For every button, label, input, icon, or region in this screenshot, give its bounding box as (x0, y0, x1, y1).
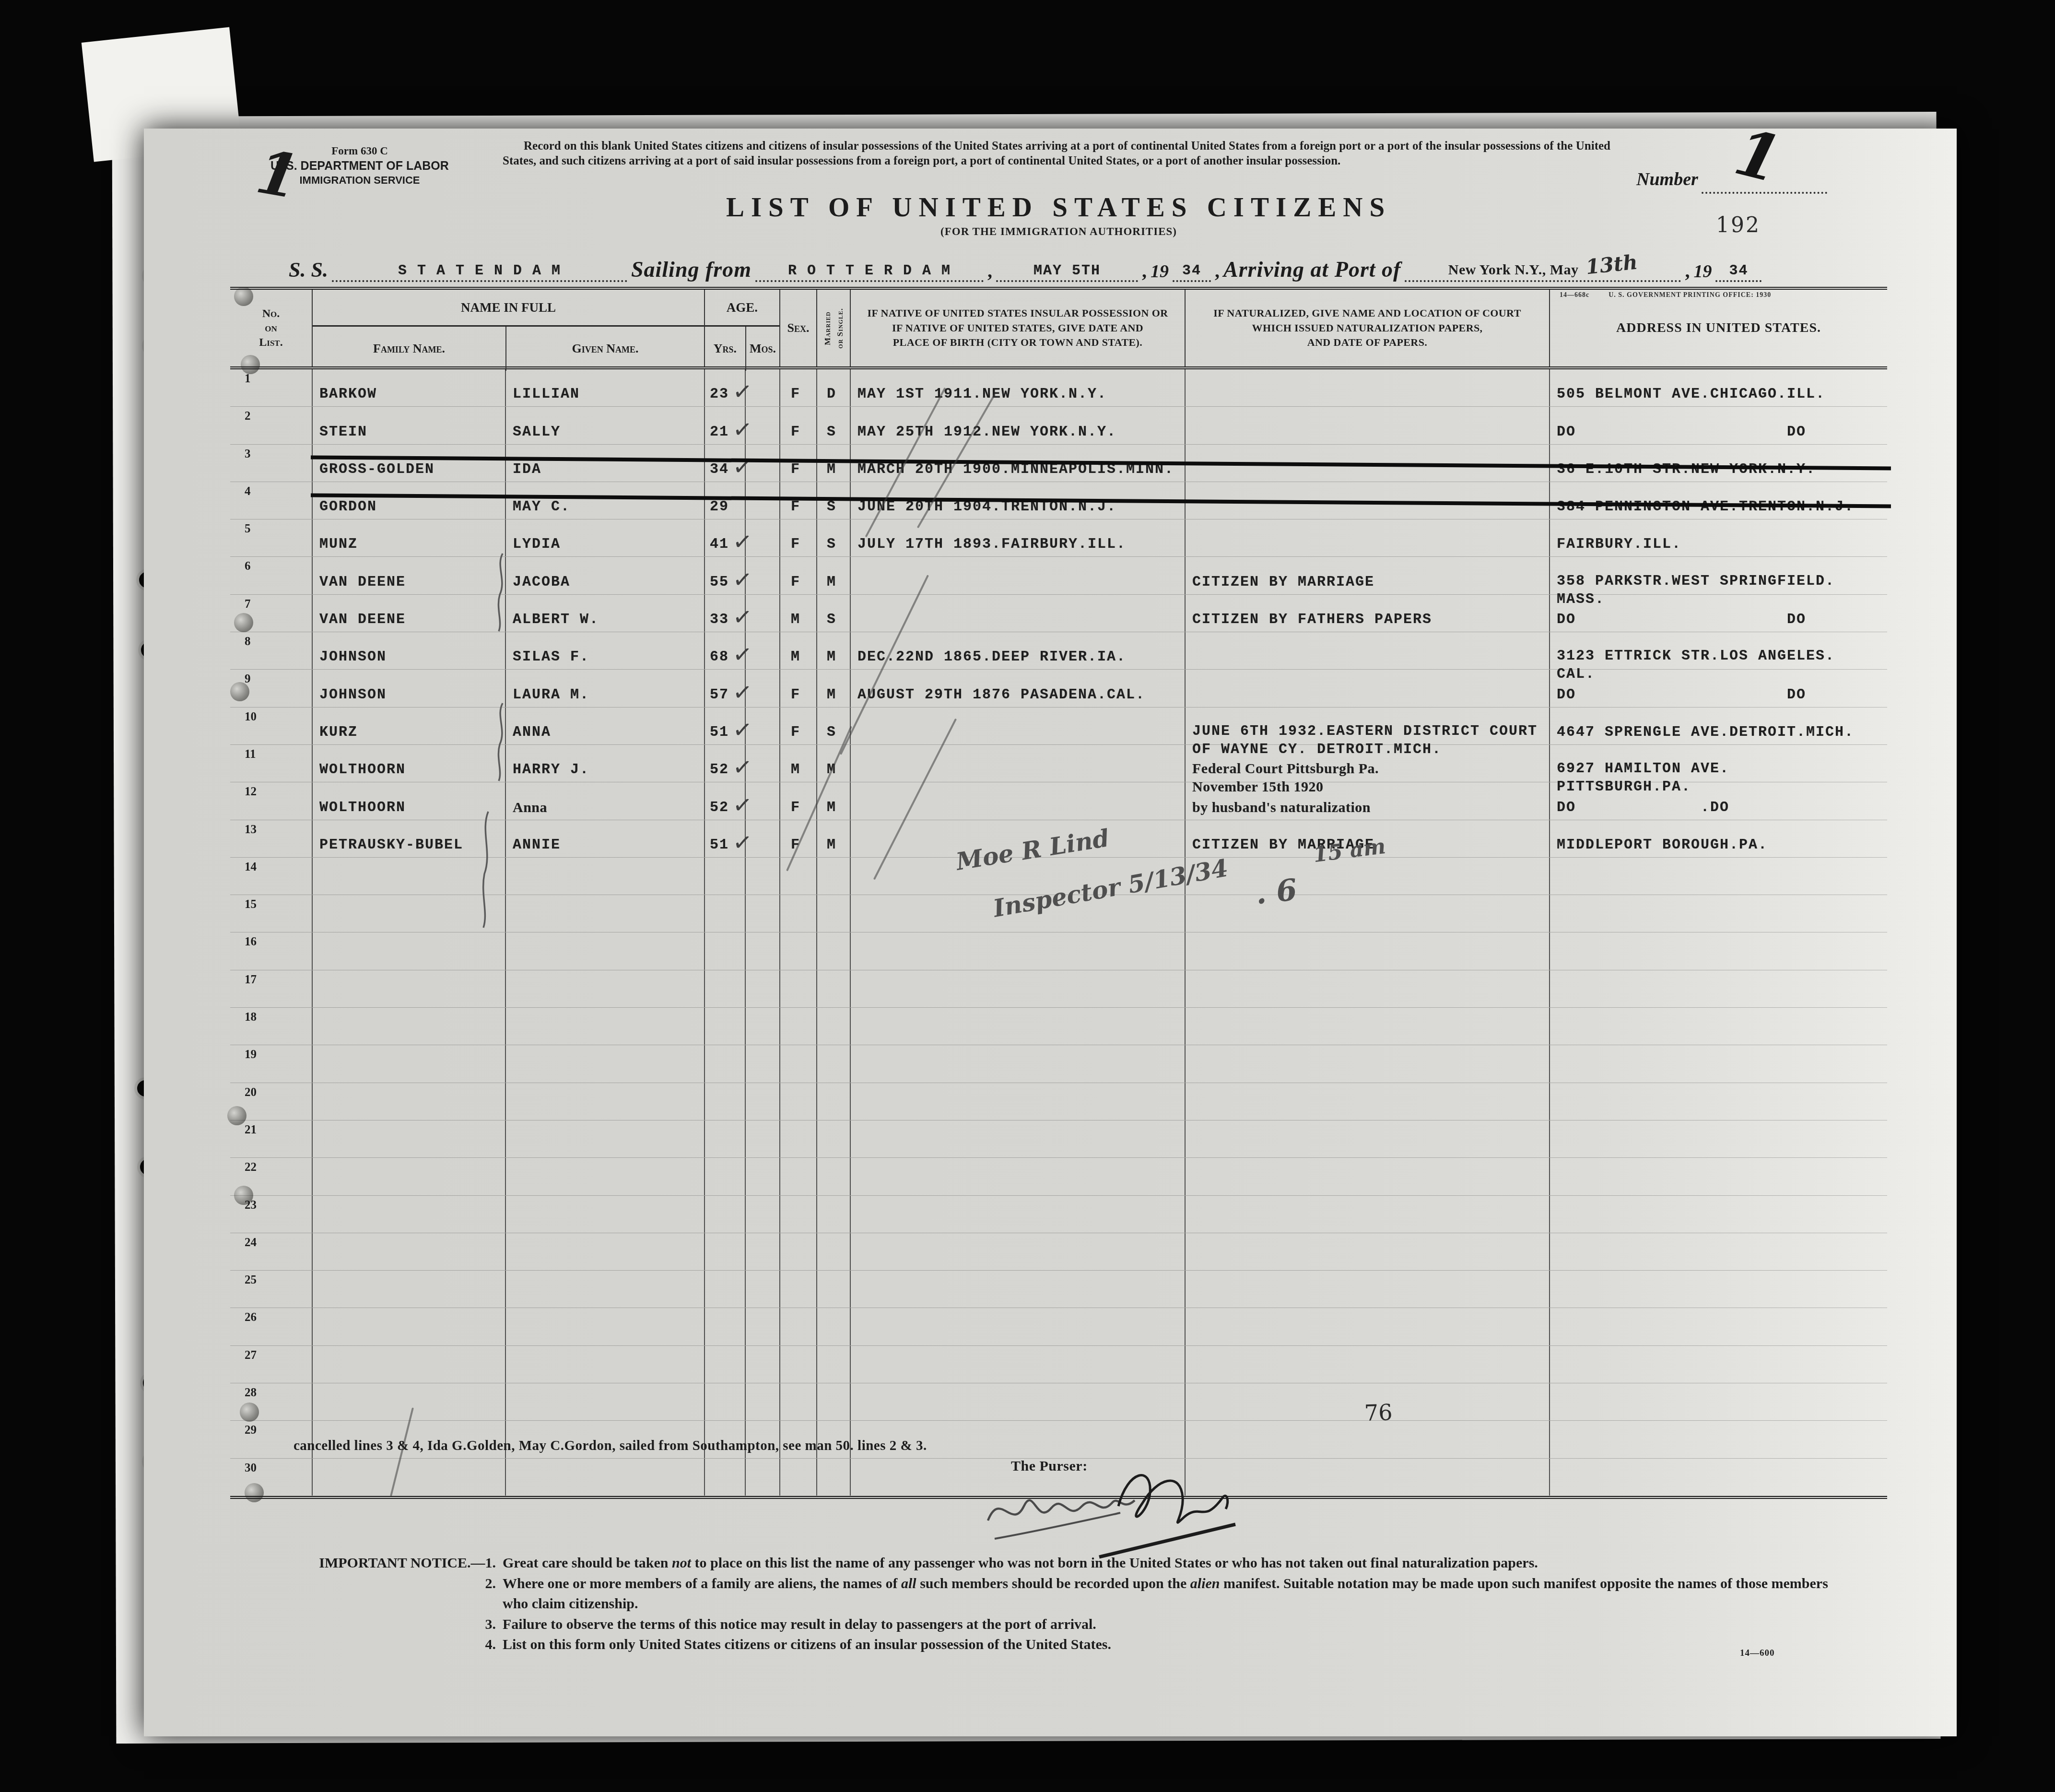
cell-given-name (505, 970, 704, 1007)
table-row: 6 VAN DEENE JACOBA 55 F M CITIZEN BY MAR… (230, 557, 1887, 594)
cell-row-number: 21 (230, 1120, 312, 1157)
table-row: 20 ✓ (230, 1083, 1887, 1120)
cell-age-years (704, 1158, 745, 1195)
cell-birth-info (850, 932, 1185, 969)
cell-married-or-single: S (816, 407, 850, 444)
year-prefix: 19 (1693, 261, 1712, 282)
cell-given-name (505, 1083, 704, 1120)
sex: F (791, 573, 800, 591)
handwritten-time-hour: . 6 (1254, 872, 1298, 911)
address: 3123 ETTRICK STR.LOS ANGELES. CAL. (1557, 647, 1835, 684)
cell-given-name: LAURA M. (505, 670, 704, 707)
row-number: 13 (245, 823, 257, 837)
cell-row-number: 11 (230, 745, 312, 782)
row-number: 30 (245, 1462, 257, 1475)
cell-sex: F (779, 707, 816, 744)
cell-address: 358 PARKSTR.WEST SPRINGFIELD. MASS. (1549, 557, 1887, 594)
cell-sex: M (779, 745, 816, 782)
cell-married-or-single (816, 1008, 850, 1045)
cell-birth-info (850, 1083, 1185, 1120)
cell-married-or-single (816, 1308, 850, 1345)
row-number: 2 (245, 410, 251, 423)
cell-naturalization-info: CITIZEN BY FATHERS PAPERS (1185, 595, 1549, 632)
row-number: 1 (245, 372, 251, 386)
cell-age-months (745, 1308, 779, 1345)
cell-family-name (312, 1045, 505, 1082)
row-number: 26 (245, 1311, 257, 1324)
cell-given-name: IDA (505, 445, 704, 482)
cell-address (1549, 1158, 1887, 1195)
cell-naturalization-info (1185, 1196, 1549, 1233)
cell-given-name: ALBERT W. (505, 595, 704, 632)
cell-row-number: 28 (230, 1383, 312, 1420)
cell-given-name (505, 1459, 704, 1496)
cell-naturalization-info (1185, 1083, 1549, 1120)
cell-married-or-single (816, 932, 850, 969)
age-years: 21 (710, 423, 729, 441)
cell-birth-info (850, 745, 1185, 782)
header-yrs: Yrs. (705, 327, 745, 371)
cell-address (1549, 895, 1887, 932)
cell-sex (779, 970, 816, 1007)
cell-naturalization-info (1185, 1308, 1549, 1345)
ship-name-field: S T A T E N D A M (332, 263, 627, 282)
header-sex: Sex. (779, 290, 816, 366)
cell-naturalization-info (1185, 1158, 1549, 1195)
given-name: MAY C. (513, 498, 570, 516)
cell-married-or-single: M (816, 557, 850, 594)
table-row: 11 WOLTHOORN HARRY J. 52 M M Federal Cou… (230, 745, 1887, 782)
cell-sex (779, 895, 816, 932)
cell-age-years (704, 1233, 745, 1270)
cell-married-or-single (816, 1120, 850, 1157)
table-row: 27 ✓ (230, 1346, 1887, 1383)
sex: F (791, 460, 800, 479)
cell-married-or-single (816, 1271, 850, 1308)
cell-row-number: 19 (230, 1045, 312, 1082)
cell-family-name (312, 858, 505, 895)
cell-married-or-single: S (816, 519, 850, 556)
cell-given-name (505, 858, 704, 895)
age-years: 68 (710, 648, 729, 666)
cell-age-years (704, 1196, 745, 1233)
cell-birth-info (850, 970, 1185, 1007)
family-name: BARKOW (319, 385, 377, 403)
cell-family-name: BARKOW (312, 369, 505, 406)
tally-stamp: 76 (1364, 1399, 1393, 1426)
birth-info: DEC.22ND 1865.DEEP RIVER.IA. (857, 648, 1126, 666)
cell-married-or-single: M (816, 782, 850, 819)
cell-age-months (745, 1196, 779, 1233)
birth-info: MAY 25TH 1912.NEW YORK.N.Y. (857, 423, 1116, 441)
age-years: 51 (710, 723, 729, 742)
cell-address (1549, 970, 1887, 1007)
table-row: 2 STEIN SALLY 21 F S MAY 25TH 1912.NEW Y… (230, 407, 1887, 444)
cell-row-number: 3 (230, 445, 312, 482)
cell-sex: M (779, 595, 816, 632)
cell-birth-info: JULY 17TH 1893.FAIRBURY.ILL. (850, 519, 1185, 556)
cell-family-name: WOLTHOORN (312, 745, 505, 782)
cell-age-months (745, 1271, 779, 1308)
cell-address (1549, 1196, 1887, 1233)
cell-married-or-single: M (816, 820, 850, 857)
cell-naturalization-info (1185, 970, 1549, 1007)
given-name: ANNA (513, 723, 551, 742)
cell-address (1549, 1308, 1887, 1345)
cell-sex: F (779, 670, 816, 707)
separator: , (987, 259, 992, 282)
table-row: 26 ✓ (230, 1308, 1887, 1345)
arrival-year-field: 34 (1715, 263, 1761, 282)
age-years: 23 (710, 385, 729, 403)
cell-given-name: MAY C. (505, 482, 704, 519)
cell-address (1549, 1120, 1887, 1157)
cell-married-or-single: M (816, 670, 850, 707)
cell-sex (779, 1459, 816, 1496)
cell-age-years (704, 1308, 745, 1345)
age-years: 57 (710, 686, 729, 704)
purser-signature (978, 1458, 1247, 1568)
address: 505 BELMONT AVE.CHICAGO.ILL. (1557, 385, 1825, 403)
header-family-name: Family Name. (313, 327, 505, 371)
voyage-line: S. S. S T A T E N D A M Sailing from R O… (289, 234, 1900, 282)
row-number: 17 (245, 973, 257, 987)
cell-age-months (745, 932, 779, 969)
cell-naturalization-info (1185, 858, 1549, 895)
cell-address (1549, 858, 1887, 895)
cell-age-months (745, 1158, 779, 1195)
cell-address: 4647 SPRENGLE AVE.DETROIT.MICH. (1549, 707, 1887, 744)
naturalization-info: CITIZEN BY FATHERS PAPERS (1192, 611, 1432, 629)
table-row: 21 ✓ (230, 1120, 1887, 1158)
cell-age-months (745, 1008, 779, 1045)
table-row: 23 ✓ (230, 1196, 1887, 1233)
cell-married-or-single: M (816, 745, 850, 782)
cell-family-name (312, 1196, 505, 1233)
cell-birth-info (850, 557, 1185, 594)
cell-naturalization-info (1185, 1008, 1549, 1045)
row-number: 21 (245, 1123, 257, 1137)
header-age-label: AGE. (705, 290, 779, 327)
sex: F (791, 385, 800, 403)
header-address: 14—668c U. S. GOVERNMENT PRINTING OFFICE… (1549, 290, 1887, 366)
table-row: 16 ✓ (230, 932, 1887, 970)
separator: , (1142, 259, 1147, 282)
sex: F (791, 723, 800, 742)
cell-married-or-single (816, 858, 850, 895)
cell-sex (779, 1083, 816, 1120)
family-name: STEIN (319, 423, 367, 441)
cell-sex: F (779, 519, 816, 556)
cell-row-number: 22 (230, 1158, 312, 1195)
table-row: 24 ✓ (230, 1233, 1887, 1271)
cell-family-name: JOHNSON (312, 632, 505, 669)
row-number: 24 (245, 1236, 257, 1250)
cell-age-months (745, 482, 779, 519)
married-or-single: S (827, 723, 836, 742)
birth-info: MAY 1ST 1911.NEW YORK.N.Y. (857, 385, 1107, 403)
cell-married-or-single (816, 1346, 850, 1383)
married-or-single: M (827, 460, 836, 479)
row-number: 25 (245, 1273, 257, 1287)
cell-address: 36 E.10TH STR.NEW YORK.N.Y. (1549, 445, 1887, 482)
cell-sex (779, 1158, 816, 1195)
cell-address: 505 BELMONT AVE.CHICAGO.ILL. (1549, 369, 1887, 406)
cell-address (1549, 1008, 1887, 1045)
cell-age-years (704, 858, 745, 895)
cell-family-name (312, 1233, 505, 1270)
cell-age-months (745, 858, 779, 895)
cell-naturalization-info (1185, 895, 1549, 932)
family-name: JOHNSON (319, 648, 387, 666)
cell-naturalization-info (1185, 1346, 1549, 1383)
cell-naturalization-info (1185, 369, 1549, 406)
cell-family-name (312, 1158, 505, 1195)
given-name: ALBERT W. (513, 611, 599, 629)
cell-age-months (745, 1045, 779, 1082)
cell-family-name: STEIN (312, 407, 505, 444)
cell-given-name: LYDIA (505, 519, 704, 556)
cell-age-years (704, 1383, 745, 1420)
cell-family-name: VAN DEENE (312, 595, 505, 632)
cell-sex (779, 1233, 816, 1270)
cell-given-name (505, 1271, 704, 1308)
notice-item: 4.List on this form only United States c… (274, 1635, 1838, 1655)
cell-address (1549, 1383, 1887, 1420)
notice-item: 2.Where one or more members of a family … (274, 1574, 1838, 1615)
cell-row-number: 12 (230, 782, 312, 819)
cell-naturalization-info (1185, 632, 1549, 669)
ss-label: S. S. (289, 258, 328, 282)
notice-item-number: 2. (274, 1574, 503, 1615)
age-years: 29 (710, 498, 729, 516)
row-number: 20 (245, 1086, 257, 1099)
sex: M (791, 761, 800, 779)
cell-address (1549, 1045, 1887, 1082)
cell-married-or-single: S (816, 595, 850, 632)
page-title: LIST OF UNITED STATES CITIZENS (230, 192, 1887, 223)
given-name: ANNIE (513, 836, 561, 854)
form-instructions: Record on this blank United States citiz… (503, 139, 1610, 168)
cell-given-name (505, 1045, 704, 1082)
cell-age-months (745, 1120, 779, 1157)
cell-married-or-single: M (816, 632, 850, 669)
cell-married-or-single (816, 1196, 850, 1233)
cell-birth-info: AUGUST 29TH 1876 PASADENA.CAL. (850, 670, 1185, 707)
family-name: PETRAUSKY-BUBEL (319, 836, 463, 854)
sex: M (791, 611, 800, 629)
given-name: SALLY (513, 423, 561, 441)
cell-given-name (505, 1383, 704, 1420)
cell-age-months (745, 1233, 779, 1270)
cell-birth-info: DEC.22ND 1865.DEEP RIVER.IA. (850, 632, 1185, 669)
cell-row-number: 24 (230, 1233, 312, 1270)
cell-row-number: 27 (230, 1346, 312, 1383)
married-or-single: M (827, 836, 836, 854)
cell-given-name (505, 1008, 704, 1045)
table-row: 1 BARKOW LILLIAN 23 F D MAY 1ST 1911.NEW… (230, 369, 1887, 407)
cell-age-years (704, 1008, 745, 1045)
arriving-label: Arriving at Port of (1223, 257, 1401, 282)
cell-age-months (745, 895, 779, 932)
cell-address (1549, 1233, 1887, 1270)
married-or-single: S (827, 535, 836, 554)
cell-age-years (704, 895, 745, 932)
cell-naturalization-info (1185, 407, 1549, 444)
table-row: 28 ✓ (230, 1383, 1887, 1421)
notice-item-text: List on this form only United States cit… (503, 1635, 1838, 1655)
cell-family-name (312, 970, 505, 1007)
number-label: Number (1636, 169, 1698, 190)
row-number: 22 (245, 1161, 257, 1174)
cell-address (1549, 1459, 1887, 1496)
cell-age-years (704, 1346, 745, 1383)
cell-sex: F (779, 445, 816, 482)
row-number: 6 (245, 560, 251, 573)
cell-married-or-single (816, 1459, 850, 1496)
cell-family-name (312, 1083, 505, 1120)
header-birth-info: IF NATIVE OF UNITED STATES INSULAR POSSE… (850, 290, 1185, 366)
table-row: 18 ✓ (230, 1008, 1887, 1045)
cell-sex (779, 932, 816, 969)
cell-sex (779, 1271, 816, 1308)
family-name: GORDON (319, 498, 377, 516)
header-mos: Mos. (745, 327, 779, 371)
cell-row-number: 5 (230, 519, 312, 556)
table-row: 4 GORDON MAY C. 29 F S JUNE 20TH 1904.TR… (230, 482, 1887, 519)
row-number: 27 (245, 1349, 257, 1362)
cell-naturalization-info (1185, 1421, 1549, 1458)
family-name: WOLTHOORN (319, 799, 406, 817)
given-name: LYDIA (513, 535, 561, 554)
cell-row-number: 2 (230, 407, 312, 444)
cell-given-name: HARRY J. (505, 745, 704, 782)
cell-birth-info (850, 1045, 1185, 1082)
address: FAIRBURY.ILL. (1557, 535, 1681, 554)
cell-married-or-single (816, 895, 850, 932)
naturalization-info: CITIZEN BY MARRIAGE (1192, 573, 1374, 591)
sex: F (791, 686, 800, 704)
cell-sex (779, 1008, 816, 1045)
scanned-manifest-page: Form 630 C U. S. DEPARTMENT OF LABOR IMM… (0, 0, 2055, 1792)
cell-naturalization-info (1185, 1120, 1549, 1157)
cell-sex: F (779, 369, 816, 406)
check-mark-icon: ✓ (731, 640, 753, 669)
cell-birth-info (850, 707, 1185, 744)
cell-naturalization-info (1185, 1233, 1549, 1270)
cell-given-name: SILAS F. (505, 632, 704, 669)
cell-family-name (312, 1459, 505, 1496)
family-name: GROSS-GOLDEN (319, 460, 434, 479)
cell-married-or-single (816, 1158, 850, 1195)
check-mark-icon: ✓ (731, 678, 753, 707)
age-years: 34 (710, 460, 729, 479)
row-number: 4 (245, 485, 251, 498)
table-row: 17 ✓ (230, 970, 1887, 1008)
cell-age-years (704, 1120, 745, 1157)
cell-naturalization-info (1185, 1271, 1549, 1308)
handwritten-arrival-day: 13th (1585, 250, 1639, 279)
header-married-or-single: Married or Single. (816, 290, 850, 366)
table-row: 8 JOHNSON SILAS F. 68 M M DEC.22ND 1865.… (230, 632, 1887, 670)
cell-address: 384 PENNINGTON AVE.TRENTON.N.J. (1549, 482, 1887, 519)
cell-age-years (704, 970, 745, 1007)
sex: F (791, 498, 800, 516)
cell-address: 6927 HAMILTON AVE. PITTSBURGH.PA. (1549, 745, 1887, 782)
family-name: VAN DEENE (319, 573, 406, 591)
address: DO DO (1557, 611, 1806, 629)
check-mark-icon: ✓ (731, 791, 753, 820)
cell-sex (779, 858, 816, 895)
check-mark-icon: ✓ (731, 716, 753, 744)
family-name: WOLTHOORN (319, 761, 406, 779)
sex: F (791, 535, 800, 554)
family-name: MUNZ (319, 535, 358, 554)
given-name: HARRY J. (513, 761, 589, 779)
address: 36 E.10TH STR.NEW YORK.N.Y. (1557, 460, 1816, 479)
cell-birth-info (850, 1008, 1185, 1045)
cell-row-number: 9 (230, 670, 312, 707)
cell-age-years (704, 1083, 745, 1120)
cell-row-number: 15 (230, 895, 312, 932)
separator: , (1215, 259, 1220, 282)
cell-given-name: ANNIE (505, 820, 704, 857)
sex: F (791, 799, 800, 817)
married-or-single: M (827, 573, 836, 591)
address: DO .DO (1557, 799, 1729, 817)
family-name: VAN DEENE (319, 611, 406, 629)
cell-sex (779, 1383, 816, 1420)
table-row: 5 MUNZ LYDIA 41 F S JULY 17TH 1893.FAIRB… (230, 519, 1887, 557)
cell-family-name: JOHNSON (312, 670, 505, 707)
age-years: 52 (710, 799, 729, 817)
cell-age-years: 29 (704, 482, 745, 519)
given-name: JACOBA (513, 573, 570, 591)
cell-age-years (704, 932, 745, 969)
table-row: 10 KURZ ANNA 51 F S JUNE 6TH 1932.EASTER… (230, 707, 1887, 745)
year-prefix: 19 (1151, 261, 1169, 282)
cell-age-years (704, 1459, 745, 1496)
cell-row-number: 17 (230, 970, 312, 1007)
cell-naturalization-info: JUNE 6TH 1932.EASTERN DISTRICT COURT OF … (1185, 707, 1549, 744)
check-mark-icon: ✓ (731, 566, 753, 594)
cell-birth-info: MAY 25TH 1912.NEW YORK.N.Y. (850, 407, 1185, 444)
cell-family-name (312, 1308, 505, 1345)
cell-row-number: 14 (230, 858, 312, 895)
cell-family-name (312, 1271, 505, 1308)
cell-given-name (505, 1308, 704, 1345)
row-number: 14 (245, 861, 257, 874)
cell-row-number: 20 (230, 1083, 312, 1120)
given-name: LAURA M. (513, 686, 589, 704)
cell-row-number: 30 (230, 1459, 312, 1496)
row-number: 10 (245, 710, 257, 724)
check-mark-icon: ✓ (731, 453, 753, 482)
cell-sex (779, 1120, 816, 1157)
birth-info: AUGUST 29TH 1876 PASADENA.CAL. (857, 686, 1145, 704)
cell-birth-info: MAY 1ST 1911.NEW YORK.N.Y. (850, 369, 1185, 406)
row-number: 7 (245, 598, 251, 611)
row-number: 15 (245, 898, 257, 911)
cell-married-or-single (816, 1045, 850, 1082)
row-number: 19 (245, 1048, 257, 1061)
row-number: 29 (245, 1424, 257, 1437)
cell-given-name (505, 1196, 704, 1233)
notice-item-number: 3. (274, 1615, 503, 1635)
cell-row-number: 13 (230, 820, 312, 857)
check-mark-icon: ✓ (731, 377, 753, 406)
sex: M (791, 648, 800, 666)
